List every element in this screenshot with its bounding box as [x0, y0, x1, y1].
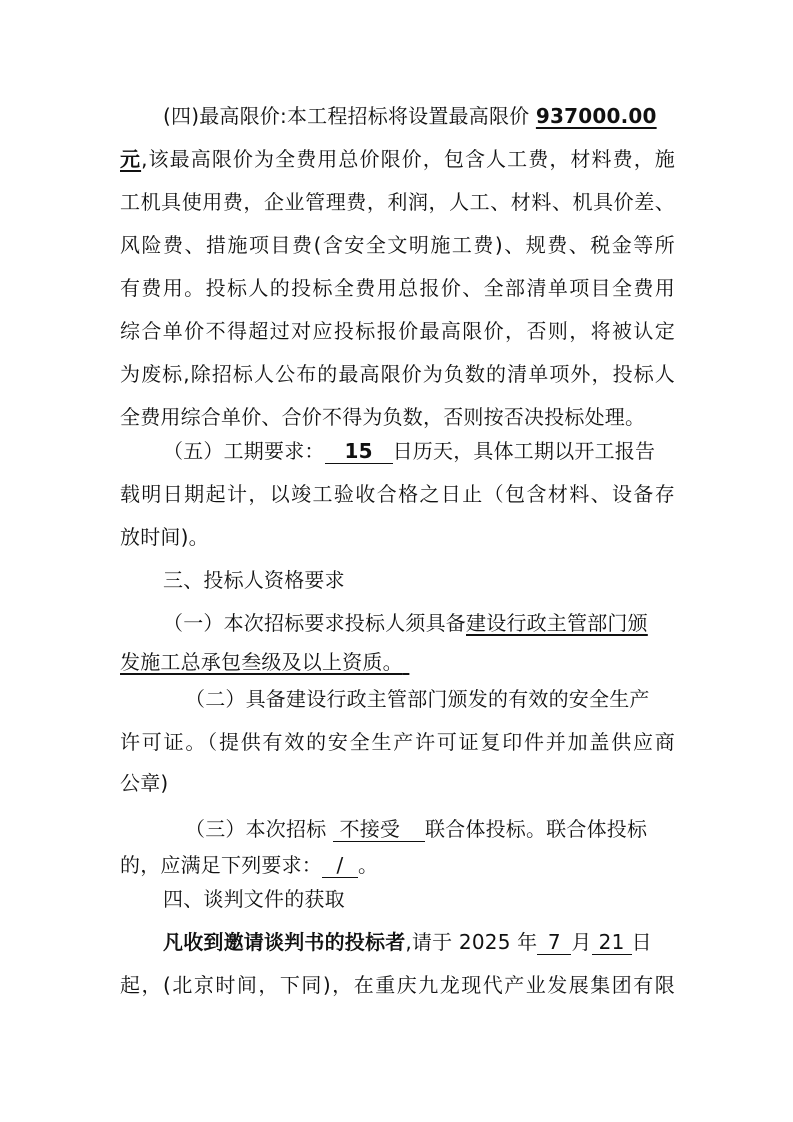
qual-3-prefix: （三）本次招标 [185, 817, 326, 841]
joint-requirement: / [322, 853, 358, 878]
period-days: 15 [325, 439, 393, 464]
price-unit: 元 [120, 147, 141, 171]
qual-3-line-2: 的，应满足下列要求：/。 [120, 851, 675, 879]
joint-bid-acceptance: 不接受 [333, 817, 425, 842]
qual-1-line-2: 发施工总承包叁级及以上资质。 [120, 648, 675, 676]
document-page: (四)最高限价:本工程招标将设置最高限价 937000.00 元,该最高限价为全… [0, 0, 793, 1122]
qual-1-underlined-cont: 发施工总承包叁级及以上资质。 [120, 650, 403, 674]
acquisition-day: 21 [592, 930, 632, 955]
acquisition-month: 7 [537, 930, 571, 955]
price-line-6: 综合单价不得超过对应投标报价最高限价，否则，将被认定 [120, 317, 675, 345]
heading-qualifications: 三、投标人资格要求 [163, 566, 718, 594]
qual-3-text: 联合体投标。联合体投标 [425, 817, 647, 841]
acquisition-line-1: 凡收到邀请谈判书的投标者,请于 2025 年7月21日 [163, 928, 675, 956]
period-line-2: 载明日期起计，以竣工验收合格之日止（包含材料、设备存 [120, 480, 675, 508]
qual-2-line-2: 许可证。（提供有效的安全生产许可证复印件并加盖供应商 [120, 728, 675, 756]
qual-1-line-1: （一）本次招标要求投标人须具备建设行政主管部门颁 [163, 609, 675, 637]
acquisition-bold: 凡收到邀请谈判书的投标者 [163, 930, 405, 954]
price-amount: 937000.00 [536, 104, 657, 128]
period-label: （五）工期要求： [163, 439, 325, 463]
price-line-2: 元,该最高限价为全费用总价限价，包含人工费，材料费，施 [120, 145, 675, 173]
qual-1-underlined: 建设行政主管部门颁 [466, 611, 648, 635]
price-label: (四)最高限价:本工程招标将设置最高限价 [163, 104, 536, 128]
qual-2-line-1: （二）具备建设行政主管部门颁发的有效的安全生产 [185, 685, 675, 713]
period-line-3: 放时间)。 [120, 523, 675, 551]
qual-3-line-1: （三）本次招标 不接受联合体投标。联合体投标 [185, 815, 675, 843]
price-line-7: 为废标,除招标人公布的最高限价为负数的清单项外，投标人 [120, 360, 675, 388]
day-unit: 日 [632, 930, 652, 954]
acquisition-text: ,请于 2025 年 [405, 930, 537, 954]
price-text: ,该最高限价为全费用总价限价，包含人工费，材料费，施 [141, 147, 675, 171]
qual-3-line2-prefix: 的，应满足下列要求： [120, 853, 322, 877]
period-mark: 。 [358, 853, 378, 877]
price-line-8: 全费用综合单价、合价不得为负数，否则按否决投标处理。 [120, 403, 675, 431]
period-text: 日历天，具体工期以开工报告 [393, 439, 656, 463]
price-line-5: 有费用。投标人的投标全费用总报价、全部清单项目全费用 [120, 274, 675, 302]
month-unit: 月 [571, 930, 591, 954]
qual-2-line-3: 公章) [120, 769, 675, 797]
price-line-1: (四)最高限价:本工程招标将设置最高限价 937000.00 [163, 102, 675, 130]
joint-bid-value: 不接受 [340, 817, 401, 841]
price-line-4: 风险费、措施项目费(含安全文明施工费)、规费、税金等所 [120, 231, 675, 259]
period-line-1: （五）工期要求：15日历天，具体工期以开工报告 [163, 437, 675, 465]
acquisition-line-2: 起，(北京时间，下同)，在重庆九龙现代产业发展集团有限 [120, 971, 675, 999]
heading-document-acquisition: 四、谈判文件的获取 [163, 885, 718, 913]
qual-1-prefix: （一）本次招标要求投标人须具备 [163, 611, 466, 635]
price-line-3: 工机具使用费，企业管理费，利润，人工、材料、机具价差、 [120, 188, 675, 216]
